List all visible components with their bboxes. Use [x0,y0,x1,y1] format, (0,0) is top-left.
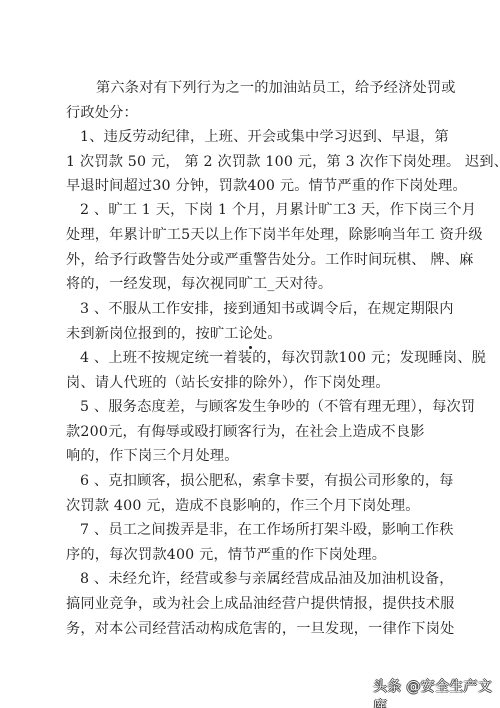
watermark: 头条 @安全生产文库 [373,676,500,708]
item-2-line: 2 、旷工 1 天，下岗 1 个月，月累计旷工3 天，作下岗三个月 [80,201,476,219]
item-6-line: 次罚款 400 元，造成不良影响的，作三个月下岗处理。 [66,497,420,515]
document-page: 第六条对有下列行为之一的加油站员工，给予经济处罚或 行政处分： 1、违反劳动纪律… [0,0,500,708]
item-6-line: 6 、克扣顾客，损公肥私，索拿卡要，有损公司形象的，每 [80,472,454,490]
item-4-line: 岗、请人代班的（站长安排的除外），作下岗处理。 [66,374,390,392]
item-7-line: 序的，每次罚款400 元，情节严重的作下岗处理。 [66,546,386,564]
item-3-line: 未到新岗位报到的，按旷工论处。 [66,325,282,343]
text-line: 行政处分： [66,104,138,122]
item-3-line: 3 、不服从工作安排，接到通知书或调令后，在规定期限内 [80,300,454,318]
item-5-line: 响的，作下岗三个月处理。 [66,447,239,465]
item-8-line: 搞同业竞争，或为社会上成品油经营户提供情报，提供技术服 [66,595,454,613]
item-8-line: 务，对本公司经营活动构成危害的，一旦发现，一律作下岗处 [66,620,454,638]
item-2-line: 处理，年累计旷工5天以上作下岗半年处理，除影响当年工 资升级 [66,226,483,244]
item-2-line: 外，给予行政警告处分或严重警告处分。工作时间玩棋、 牌、麻 [66,251,474,269]
item-5-line: 5 、服务态度差，与顾客发生争吵的（不管有理无理），每次罚 [80,398,475,416]
article-heading: 第六条对有下列行为之一的加油站员工，给予经济处罚或 [96,79,456,97]
item-2-line: 将的，一经发现，每次视同旷工_天对待。 [66,275,332,293]
item-4-line: 4 、上班不按规定统一着装的，每次罚款100 元；发现睡岗、脱 [80,349,486,367]
item-8-line: 8 、未经允许，经营或参与亲属经营成品油及加油机设备， [80,570,454,588]
item-1-line: 1 次罚款 50 元， 第 2 次罚款 100 元，第 3 次作下岗处理。 迟到… [66,153,500,171]
item-7-line: 7 、员工之间拨弄是非，在工作场所打架斗殴，影响工作秩 [80,521,454,539]
item-5-line: 款200元，有侮辱或殴打顾客行为，在社会上造成不良影 [66,423,425,441]
item-1-line: 早退时间超过30 分钟，罚款400 元。情节严重的作下岗处理。 [66,177,467,195]
item-1-line: 1、违反劳动纪律，上班、开会或集中学习迟到、早退，第 [80,128,449,146]
